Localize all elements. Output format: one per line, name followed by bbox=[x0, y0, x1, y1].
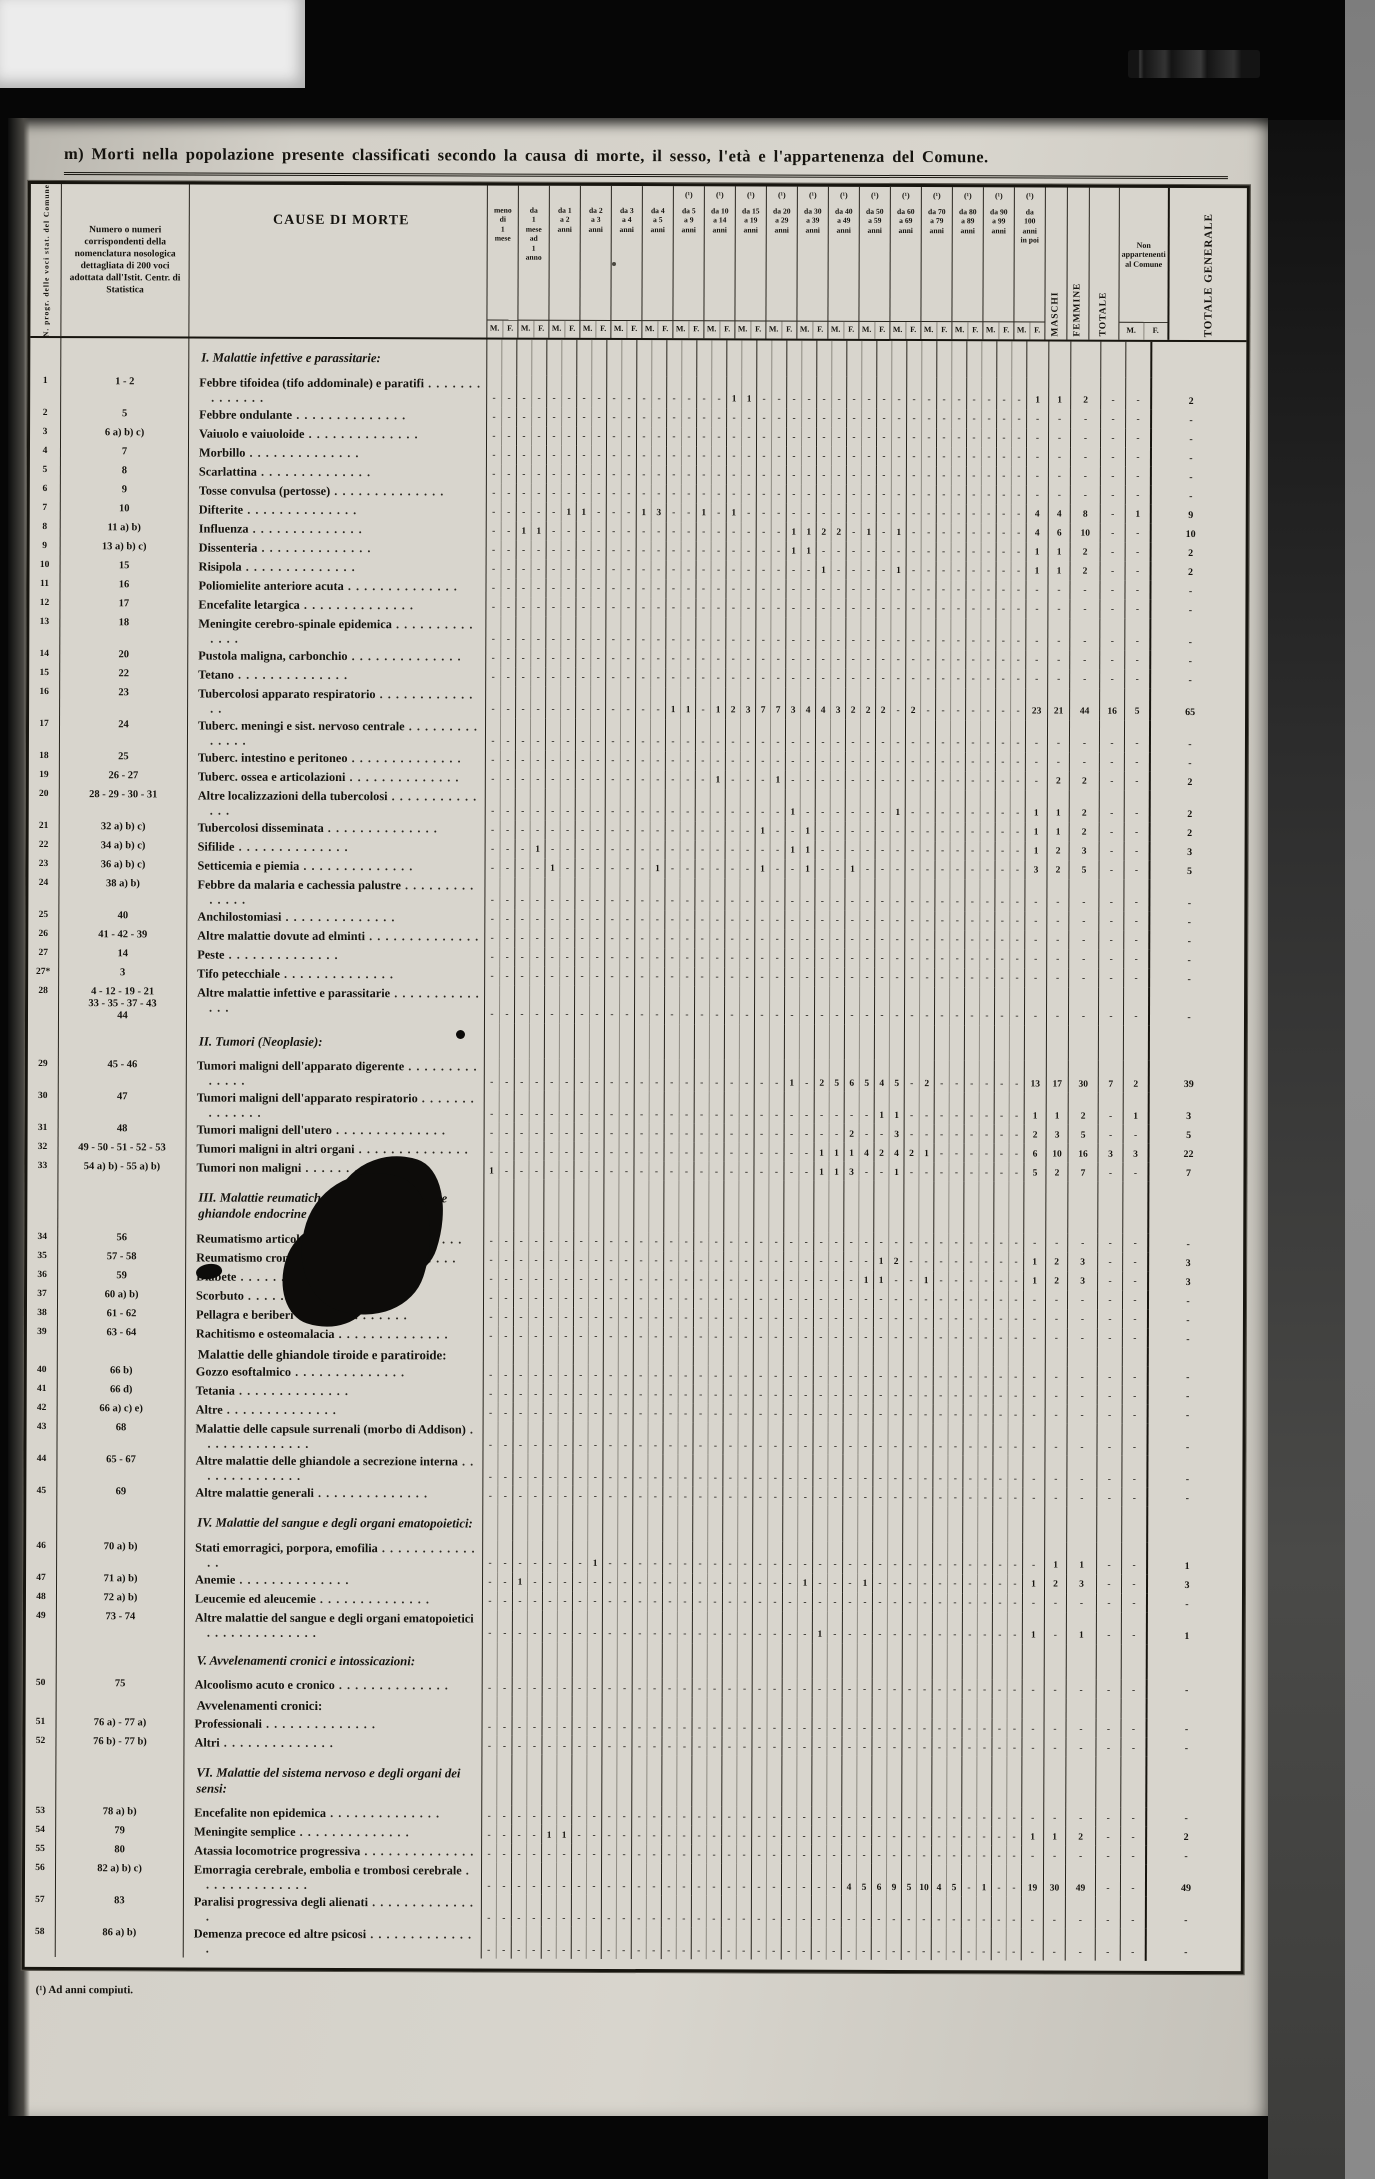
table-cell: - bbox=[561, 540, 576, 559]
table-cell: - bbox=[1100, 542, 1125, 561]
table-cell: - bbox=[679, 878, 694, 910]
table-cell: - bbox=[756, 541, 771, 560]
table-cell: - bbox=[545, 839, 560, 858]
table-cell bbox=[542, 1505, 557, 1541]
table-cell: - bbox=[1068, 930, 1098, 949]
table-cell bbox=[618, 1180, 633, 1231]
table-cell: - bbox=[651, 465, 666, 484]
table-cell: - bbox=[678, 1162, 693, 1181]
table-cell: - bbox=[1148, 930, 1228, 949]
table-cell: - bbox=[605, 598, 620, 617]
table-cell: - bbox=[618, 1308, 633, 1327]
table-cell: - bbox=[886, 1737, 901, 1756]
table-cell: - bbox=[1024, 968, 1046, 987]
table-cell: - bbox=[514, 928, 529, 947]
table-cell: - bbox=[546, 426, 561, 445]
table-cell: 1 bbox=[785, 789, 800, 821]
table-cell: - bbox=[1010, 752, 1025, 771]
table-cell: 1 bbox=[680, 687, 695, 719]
table-cell: - bbox=[1026, 485, 1048, 504]
table-cell: - bbox=[497, 1678, 512, 1697]
table-cell: - bbox=[616, 1863, 631, 1895]
table-cell bbox=[616, 1755, 631, 1806]
table-cell: - bbox=[709, 929, 724, 948]
table-cell: - bbox=[1045, 1405, 1067, 1424]
male-subheader: M. bbox=[1014, 322, 1029, 339]
table-cell: - bbox=[604, 1059, 619, 1091]
table-cell: - bbox=[1067, 1386, 1097, 1405]
table-cell: - bbox=[1070, 428, 1100, 447]
table-cell bbox=[632, 1505, 647, 1541]
table-cell: - bbox=[691, 1928, 706, 1960]
table-cell: - bbox=[918, 1252, 933, 1271]
table-cell: 2 bbox=[903, 1143, 918, 1162]
table-cell: - bbox=[934, 860, 949, 879]
table-cell: - bbox=[814, 967, 829, 986]
table-cell bbox=[603, 1180, 618, 1231]
table-cell: - bbox=[784, 948, 799, 967]
table-cell: - bbox=[545, 769, 560, 788]
table-cell: - bbox=[814, 878, 829, 910]
table-cell: - bbox=[1010, 688, 1025, 720]
table-cell: - bbox=[619, 1091, 634, 1123]
table-cell: - bbox=[677, 1679, 692, 1698]
table-cell: - bbox=[946, 1737, 961, 1756]
table-cell: - bbox=[771, 376, 786, 408]
table-cell: - bbox=[966, 377, 981, 409]
table-cell: - bbox=[1096, 1488, 1121, 1507]
table-cell: - bbox=[1046, 968, 1068, 987]
table-cell: - bbox=[604, 1142, 619, 1161]
table-cell: 1 bbox=[556, 1825, 571, 1844]
table-cell: - bbox=[755, 751, 770, 770]
table-cell: - bbox=[485, 718, 500, 750]
table-cell: - bbox=[921, 377, 936, 409]
table-cell: - bbox=[799, 967, 814, 986]
table-cell: - bbox=[813, 1232, 828, 1251]
table-cell: 2 bbox=[1045, 1163, 1067, 1182]
table-cell: - bbox=[756, 446, 771, 465]
table-cell: - bbox=[737, 1455, 752, 1487]
table-cell bbox=[558, 1180, 573, 1231]
table-cell: - bbox=[545, 788, 560, 820]
table-cell bbox=[784, 1024, 799, 1060]
table-cell: - bbox=[605, 789, 620, 821]
table-cell bbox=[767, 1643, 782, 1679]
table-cell: - bbox=[887, 1423, 902, 1455]
table-cell: - bbox=[1066, 1680, 1096, 1699]
grand-total-column-header: TOTALE GENERALE bbox=[1167, 188, 1248, 340]
table-cell: - bbox=[755, 840, 770, 859]
table-cell: - bbox=[963, 1233, 978, 1252]
table-cell: - bbox=[1011, 485, 1026, 504]
table-cell: - bbox=[741, 446, 756, 465]
table-cell: - bbox=[1148, 949, 1228, 968]
table-cell bbox=[722, 1643, 737, 1679]
table-cell: - bbox=[771, 560, 786, 579]
table-cell: - bbox=[499, 928, 514, 947]
table-cell: - bbox=[784, 1124, 799, 1143]
table-cell: - bbox=[903, 1252, 918, 1271]
table-cell: - bbox=[1008, 1144, 1023, 1163]
table-cell: 5 bbox=[856, 1864, 871, 1896]
table-cell: - bbox=[992, 1574, 1007, 1593]
table-cell: - bbox=[633, 1251, 648, 1270]
table-cell: - bbox=[620, 617, 635, 649]
table-cell bbox=[529, 1023, 544, 1059]
table-cell: - bbox=[846, 446, 861, 465]
table-cell: - bbox=[499, 877, 514, 909]
table-cell: - bbox=[501, 407, 516, 426]
table-cell bbox=[692, 1505, 707, 1541]
table-cell: 30 bbox=[1068, 1061, 1098, 1093]
table-cell: 3 bbox=[1024, 860, 1046, 879]
table-cell: 1 bbox=[1025, 790, 1047, 822]
table-cell: 1 bbox=[710, 770, 725, 789]
table-cell: - bbox=[965, 790, 980, 822]
table-cell: - bbox=[604, 986, 619, 1024]
male-subheader: M. bbox=[611, 321, 626, 338]
table-cell: - bbox=[602, 1422, 617, 1454]
table-cell: - bbox=[934, 987, 949, 1025]
table-cell: - bbox=[664, 929, 679, 948]
table-cell: - bbox=[921, 466, 936, 485]
female-subheader: F. bbox=[874, 322, 890, 339]
table-cell: - bbox=[661, 1825, 676, 1844]
table-cell: - bbox=[695, 840, 710, 859]
table-cell: - bbox=[574, 909, 589, 928]
table-cell: - bbox=[544, 1123, 559, 1142]
table-cell: 1 bbox=[844, 859, 859, 878]
table-cell: 5 bbox=[829, 1060, 844, 1092]
table-cell: - bbox=[560, 769, 575, 788]
table-cell: - bbox=[994, 949, 1009, 968]
table-cell: - bbox=[935, 650, 950, 669]
table-cell: - bbox=[874, 986, 889, 1024]
table-cell: - bbox=[591, 408, 606, 427]
table-cell: - bbox=[828, 1270, 843, 1289]
table-cell: - bbox=[558, 1365, 573, 1384]
cause-row: 3047Tumori maligni dell'apparato respira… bbox=[28, 1089, 1244, 1125]
table-cell: - bbox=[890, 650, 905, 669]
table-cell: - bbox=[813, 1270, 828, 1289]
table-cell: - bbox=[859, 986, 874, 1024]
table-cell: - bbox=[769, 948, 784, 967]
table-cell: - bbox=[751, 1845, 766, 1864]
table-cell: - bbox=[888, 1290, 903, 1309]
table-cell: - bbox=[498, 1384, 513, 1403]
age-column-header: da 1a 2anniM.F. bbox=[548, 186, 580, 338]
table-cell bbox=[511, 1755, 526, 1806]
table-cell: - bbox=[678, 1232, 693, 1251]
table-cell: - bbox=[1099, 650, 1124, 669]
cause-column-header: CAUSE DI MORTE bbox=[188, 184, 487, 337]
table-cell: - bbox=[906, 377, 921, 409]
table-cell: - bbox=[650, 789, 665, 821]
table-cell: - bbox=[561, 375, 576, 407]
table-cell: - bbox=[963, 1385, 978, 1404]
table-cell: - bbox=[876, 504, 891, 523]
table-cell: - bbox=[528, 1365, 543, 1384]
table-cell: - bbox=[872, 1612, 887, 1644]
cause-row: 5682 a) b) c)Emorragia cerebrale, emboli… bbox=[25, 1861, 1241, 1897]
table-cell: - bbox=[604, 910, 619, 929]
table-cell bbox=[797, 1506, 812, 1542]
table-cell: - bbox=[981, 504, 996, 523]
table-cell: - bbox=[606, 408, 621, 427]
table-cell: - bbox=[648, 1289, 663, 1308]
table-cell: - bbox=[1066, 1456, 1096, 1488]
table-cell: - bbox=[769, 1143, 784, 1162]
table-cell: - bbox=[665, 649, 680, 668]
table-cell: - bbox=[602, 1541, 617, 1573]
table-cell: - bbox=[588, 1384, 603, 1403]
table-cell: - bbox=[830, 649, 845, 668]
table-cell: - bbox=[740, 617, 755, 649]
age-columns-header: menodi1meseM.F. da1mesead1annoM.F. da 1a… bbox=[486, 186, 1045, 340]
table-cell: - bbox=[650, 821, 665, 840]
table-cell: - bbox=[574, 1059, 589, 1091]
table-cell: 1 bbox=[891, 561, 906, 580]
table-cell: - bbox=[981, 447, 996, 466]
table-cell: - bbox=[573, 1288, 588, 1307]
table-cell bbox=[798, 1181, 813, 1232]
table-cell bbox=[781, 1756, 796, 1807]
table-cell: - bbox=[978, 1252, 993, 1271]
table-cell: - bbox=[516, 407, 531, 426]
table-cell: - bbox=[874, 929, 889, 948]
table-cell: - bbox=[676, 1806, 691, 1825]
table-cell: - bbox=[903, 1271, 918, 1290]
table-cell: - bbox=[676, 1927, 691, 1959]
table-cell: - bbox=[871, 1928, 886, 1960]
table-cell bbox=[857, 1698, 872, 1718]
table-cell: - bbox=[966, 466, 981, 485]
table-cell: 2 bbox=[860, 687, 875, 719]
table-cell: - bbox=[979, 879, 994, 911]
table-cell: 7 bbox=[1098, 1061, 1123, 1093]
table-cell: - bbox=[771, 522, 786, 541]
table-cell: - bbox=[617, 1611, 632, 1643]
table-cell: 1 bbox=[1022, 1574, 1044, 1593]
table-cell: - bbox=[485, 788, 500, 820]
table-cell: - bbox=[857, 1679, 872, 1698]
table-cell bbox=[513, 1345, 528, 1365]
table-cell: - bbox=[754, 929, 769, 948]
table-cell: - bbox=[723, 1327, 738, 1346]
table-cell: - bbox=[966, 485, 981, 504]
table-cell: - bbox=[724, 859, 739, 878]
table-cell: - bbox=[1045, 1328, 1067, 1347]
table-cell: - bbox=[574, 1142, 589, 1161]
table-cell: - bbox=[994, 987, 1009, 1025]
table-cell: - bbox=[526, 1736, 541, 1755]
table-cell: - bbox=[571, 1717, 586, 1736]
table-cell: - bbox=[736, 1845, 751, 1864]
table-cell bbox=[587, 1643, 602, 1679]
table-cell: 1 bbox=[483, 1161, 498, 1180]
table-cell: - bbox=[827, 1423, 842, 1455]
table-cell: - bbox=[782, 1611, 797, 1643]
table-cell: 3 bbox=[740, 687, 755, 719]
table-cell: 1 bbox=[1023, 1271, 1045, 1290]
table-cell: - bbox=[603, 1161, 618, 1180]
table-cell: - bbox=[888, 1404, 903, 1423]
table-cell: - bbox=[903, 1290, 918, 1309]
age-column-header: (¹)da 50a 59anniM.F. bbox=[858, 187, 890, 339]
table-cell: - bbox=[995, 752, 1010, 771]
table-cell: - bbox=[1147, 1367, 1227, 1386]
table-cell: - bbox=[948, 1366, 963, 1385]
scanned-page-photo: m) Morti nella popolazione presente clas… bbox=[0, 0, 1375, 2179]
table-cell: - bbox=[875, 580, 890, 599]
table-cell bbox=[872, 1644, 887, 1680]
table-cell: - bbox=[814, 986, 829, 1024]
table-cell bbox=[993, 1347, 1008, 1367]
table-cell: - bbox=[918, 1162, 933, 1181]
table-cell: - bbox=[708, 1308, 723, 1327]
table-cell: - bbox=[560, 597, 575, 616]
table-cell: - bbox=[650, 649, 665, 668]
table-cell: - bbox=[741, 427, 756, 446]
table-cell: - bbox=[949, 930, 964, 949]
table-cell: - bbox=[932, 1593, 947, 1612]
table-cell: - bbox=[694, 967, 709, 986]
table-cell: - bbox=[661, 1863, 676, 1895]
table-cell: - bbox=[933, 1385, 948, 1404]
table-cell: - bbox=[979, 968, 994, 987]
table-cell: - bbox=[831, 484, 846, 503]
table-cell: - bbox=[936, 466, 951, 485]
table-cell bbox=[602, 1505, 617, 1541]
table-header: N. progr. delle voci stat. del Comune Nu… bbox=[30, 184, 1247, 342]
table-cell: - bbox=[544, 966, 559, 985]
paper-sheet: m) Morti nella popolazione presente clas… bbox=[8, 118, 1268, 2116]
table-cell: - bbox=[541, 1844, 556, 1863]
table-cell: - bbox=[1023, 1367, 1045, 1386]
table-cell: - bbox=[812, 1542, 827, 1574]
table-cell: - bbox=[496, 1895, 511, 1927]
table-cell: - bbox=[530, 667, 545, 686]
table-cell: - bbox=[556, 1895, 571, 1927]
table-cell: - bbox=[572, 1486, 587, 1505]
table-cell: - bbox=[951, 409, 966, 428]
table-cell: - bbox=[484, 909, 499, 928]
table-cell: - bbox=[664, 1092, 679, 1124]
table-cell: - bbox=[1009, 1061, 1024, 1093]
table-cell: - bbox=[813, 1385, 828, 1404]
table-cell: - bbox=[831, 427, 846, 446]
table-cell: - bbox=[813, 1327, 828, 1346]
table-cell bbox=[812, 1698, 827, 1718]
table-cell: - bbox=[1124, 752, 1149, 771]
table-cell: - bbox=[785, 770, 800, 789]
table-cell bbox=[708, 1181, 723, 1232]
table-cell: - bbox=[605, 821, 620, 840]
table-cell bbox=[1046, 1025, 1068, 1061]
table-cell: 5 bbox=[1023, 1163, 1045, 1182]
table-cell: - bbox=[1100, 447, 1125, 466]
table-cell: - bbox=[976, 1929, 991, 1961]
table-cell: - bbox=[886, 1845, 901, 1864]
table-cell: - bbox=[813, 1366, 828, 1385]
table-cell: - bbox=[815, 840, 830, 859]
table-cell: - bbox=[980, 822, 995, 841]
table-cell: 10 bbox=[916, 1864, 931, 1896]
table-cell: - bbox=[528, 1231, 543, 1250]
table-cell bbox=[842, 1506, 857, 1542]
table-cell: - bbox=[871, 1896, 886, 1928]
table-cell: - bbox=[771, 427, 786, 446]
table-cell: - bbox=[544, 909, 559, 928]
table-cell: - bbox=[590, 751, 605, 770]
table-cell: - bbox=[767, 1541, 782, 1573]
table-cell: - bbox=[633, 1365, 648, 1384]
table-cell: - bbox=[901, 1845, 916, 1864]
table-cell: - bbox=[828, 1404, 843, 1423]
table-cell: - bbox=[724, 986, 739, 1024]
table-cell: - bbox=[771, 408, 786, 427]
table-cell: - bbox=[814, 948, 829, 967]
table-cell: 1 bbox=[873, 1252, 888, 1271]
table-cell: - bbox=[591, 427, 606, 446]
table-cell bbox=[723, 1346, 738, 1366]
table-cell: - bbox=[646, 1895, 661, 1927]
table-cell: - bbox=[965, 752, 980, 771]
table-cell: - bbox=[1096, 1680, 1121, 1699]
table-cell: - bbox=[1009, 968, 1024, 987]
table-cell: - bbox=[589, 910, 604, 929]
table-cell: - bbox=[604, 859, 619, 878]
table-cell: - bbox=[947, 1574, 962, 1593]
table-cell: - bbox=[560, 718, 575, 750]
table-cell: - bbox=[1123, 968, 1148, 987]
table-cell: - bbox=[784, 910, 799, 929]
table-cell bbox=[541, 1755, 556, 1806]
table-cell: 2 bbox=[1069, 822, 1099, 841]
table-cell: - bbox=[482, 1572, 497, 1591]
table-cell: - bbox=[605, 617, 620, 649]
table-cell: - bbox=[723, 1385, 738, 1404]
table-cell: - bbox=[830, 821, 845, 840]
table-cell: 1 bbox=[1026, 542, 1048, 561]
table-cell: - bbox=[769, 910, 784, 929]
table-cell: - bbox=[901, 1737, 916, 1756]
table-cell: - bbox=[500, 597, 515, 616]
table-cell: - bbox=[500, 667, 515, 686]
table-cell: - bbox=[1006, 1808, 1021, 1827]
table-cell: - bbox=[828, 1366, 843, 1385]
table-cell bbox=[708, 1346, 723, 1366]
table-cell: - bbox=[725, 789, 740, 821]
table-cell: - bbox=[545, 578, 560, 597]
table-cell bbox=[752, 1643, 767, 1679]
table-cell: 1 bbox=[1023, 1252, 1045, 1271]
table-cell: - bbox=[1009, 911, 1024, 930]
table-cell: - bbox=[1025, 669, 1047, 688]
female-subheader: F. bbox=[1029, 322, 1045, 339]
table-cell: - bbox=[888, 1233, 903, 1252]
table-cell: - bbox=[587, 1592, 602, 1611]
table-cell bbox=[872, 1506, 887, 1542]
table-cell: 3 bbox=[1149, 841, 1229, 860]
table-cell: - bbox=[662, 1679, 677, 1698]
table-cell: - bbox=[1022, 1488, 1044, 1507]
table-cell: - bbox=[1008, 1163, 1023, 1182]
table-cell: - bbox=[991, 1846, 1006, 1865]
table-cell: - bbox=[951, 523, 966, 542]
table-cell: - bbox=[708, 1366, 723, 1385]
